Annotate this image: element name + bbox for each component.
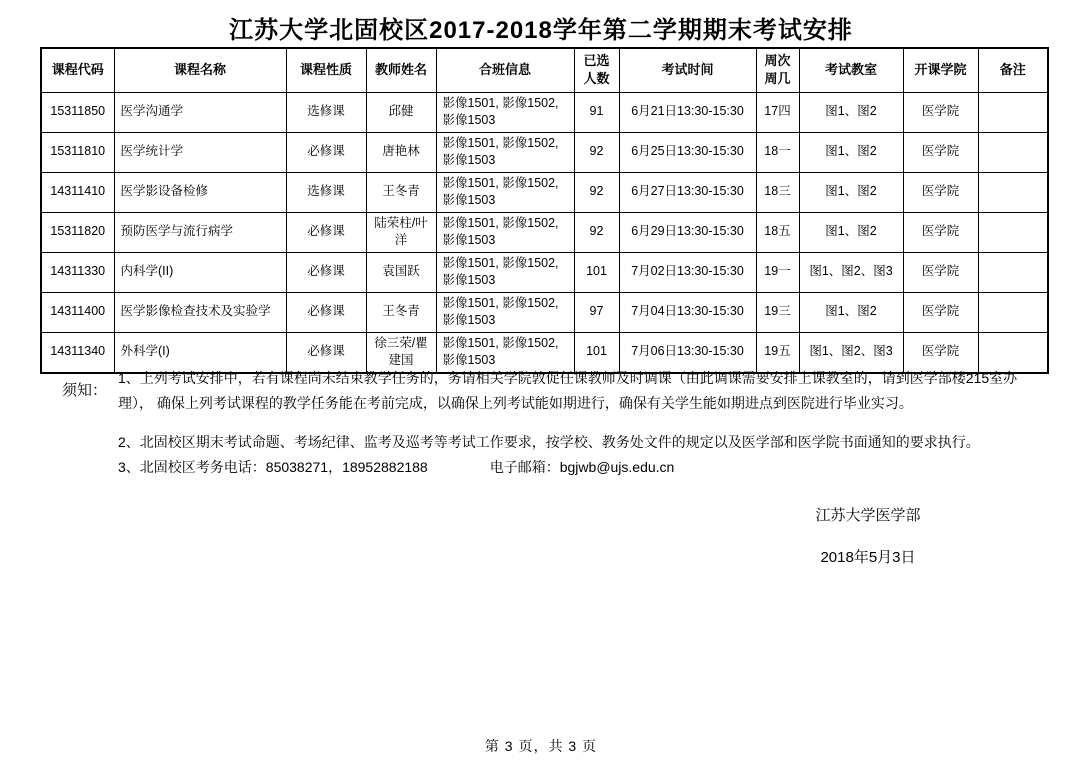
table-row: 15311810医学统计学必修课唐艳林影像1501, 影像1502, 影像150… — [41, 132, 1048, 172]
table-cell — [978, 292, 1048, 332]
table-cell: 影像1501, 影像1502, 影像1503 — [436, 172, 574, 212]
table-row: 14311400医学影像检查技术及实验学必修课王冬青影像1501, 影像1502… — [41, 292, 1048, 332]
table-cell: 选修课 — [286, 172, 366, 212]
table-cell: 图1、图2 — [799, 172, 903, 212]
table-cell: 15311850 — [41, 92, 114, 132]
header-row: 课程代码课程名称课程性质教师姓名合班信息已选人数考试时间周次周几考试教室开课学院… — [41, 48, 1048, 92]
exam-table-body: 15311850医学沟通学选修课邱健影像1501, 影像1502, 影像1503… — [41, 92, 1048, 373]
column-header: 考试教室 — [799, 48, 903, 92]
table-cell: 必修课 — [286, 212, 366, 252]
table-cell: 王冬青 — [366, 172, 436, 212]
note-item-2: 2、北固校区期末考试命题、考场纪律、监考及巡考等考试工作要求，按学校、教务处文件… — [118, 430, 1048, 455]
table-cell: 医学院 — [903, 92, 978, 132]
column-header: 考试时间 — [619, 48, 756, 92]
exam-schedule-page: 江苏大学北固校区2017-2018学年第二学期期末考试安排 课程代码课程名称课程… — [0, 0, 1082, 774]
column-header: 课程名称 — [114, 48, 286, 92]
table-cell: 92 — [574, 212, 619, 252]
table-cell: 14311400 — [41, 292, 114, 332]
table-cell: 97 — [574, 292, 619, 332]
email-info: 电子邮箱：bgjwb@ujs.edu.cn — [490, 459, 675, 475]
table-cell: 6月21日13:30-15:30 — [619, 92, 756, 132]
table-cell: 7月02日13:30-15:30 — [619, 252, 756, 292]
table-cell: 医学院 — [903, 132, 978, 172]
table-cell: 92 — [574, 172, 619, 212]
table-cell: 图1、图2 — [799, 292, 903, 332]
signature-date: 2018年5月3日 — [768, 546, 968, 567]
table-row: 14311410医学影设备检修选修课王冬青影像1501, 影像1502, 影像1… — [41, 172, 1048, 212]
page-title: 江苏大学北固校区2017-2018学年第二学期期末考试安排 — [0, 10, 1082, 45]
signature-org: 江苏大学医学部 — [768, 504, 968, 525]
phone-info: 3、北固校区考务电话：85038271，18952882188 — [118, 459, 428, 475]
table-cell: 15311820 — [41, 212, 114, 252]
table-cell: 6月29日13:30-15:30 — [619, 212, 756, 252]
column-header: 开课学院 — [903, 48, 978, 92]
table-cell: 15311810 — [41, 132, 114, 172]
table-cell: 王冬青 — [366, 292, 436, 332]
table-cell: 19三 — [756, 292, 799, 332]
table-cell: 袁国跃 — [366, 252, 436, 292]
table-cell: 必修课 — [286, 132, 366, 172]
column-header: 课程代码 — [41, 48, 114, 92]
table-cell — [978, 172, 1048, 212]
table-cell: 18一 — [756, 132, 799, 172]
table-cell: 18三 — [756, 172, 799, 212]
table-cell — [978, 252, 1048, 292]
table-cell: 影像1501, 影像1502, 影像1503 — [436, 252, 574, 292]
table-cell — [978, 132, 1048, 172]
table-cell: 影像1501, 影像1502, 影像1503 — [436, 212, 574, 252]
table-cell: 选修课 — [286, 92, 366, 132]
note-item-3: 3、北固校区考务电话：85038271，18952882188电子邮箱：bgjw… — [118, 455, 1048, 480]
table-cell: 必修课 — [286, 252, 366, 292]
table-cell: 19一 — [756, 252, 799, 292]
table-cell: 17四 — [756, 92, 799, 132]
column-header: 周次周几 — [756, 48, 799, 92]
table-cell: 图1、图2 — [799, 92, 903, 132]
table-cell: 92 — [574, 132, 619, 172]
page-number: 第 3 页，共 3 页 — [0, 736, 1082, 756]
table-cell — [978, 212, 1048, 252]
table-cell: 影像1501, 影像1502, 影像1503 — [436, 132, 574, 172]
table-cell: 医学院 — [903, 212, 978, 252]
column-header: 教师姓名 — [366, 48, 436, 92]
table-cell: 14311410 — [41, 172, 114, 212]
email-label: 电子邮箱： — [490, 459, 560, 475]
notes-content: 1、上列考试安排中，若有课程尚未结束教学任务的，务请相关学院敦促任课教师及时调课… — [118, 366, 1048, 480]
table-cell: 陆荣柱/叶洋 — [366, 212, 436, 252]
table-cell: 必修课 — [286, 292, 366, 332]
exam-table: 课程代码课程名称课程性质教师姓名合班信息已选人数考试时间周次周几考试教室开课学院… — [40, 47, 1049, 374]
table-cell: 图1、图2、图3 — [799, 252, 903, 292]
notes-section: 须知： 1、上列考试安排中，若有课程尚未结束教学任务的，务请相关学院敦促任课教师… — [62, 366, 1048, 480]
email-address: bgjwb@ujs.edu.cn — [560, 459, 675, 475]
column-header: 已选人数 — [574, 48, 619, 92]
table-row: 15311850医学沟通学选修课邱健影像1501, 影像1502, 影像1503… — [41, 92, 1048, 132]
table-cell: 影像1501, 影像1502, 影像1503 — [436, 92, 574, 132]
table-cell: 14311330 — [41, 252, 114, 292]
table-row: 14311330内科学(II)必修课袁国跃影像1501, 影像1502, 影像1… — [41, 252, 1048, 292]
table-cell: 医学院 — [903, 252, 978, 292]
table-cell: 图1、图2 — [799, 212, 903, 252]
table-cell: 101 — [574, 252, 619, 292]
table-cell: 6月25日13:30-15:30 — [619, 132, 756, 172]
table-cell: 图1、图2 — [799, 132, 903, 172]
table-cell: 唐艳林 — [366, 132, 436, 172]
table-cell: 医学沟通学 — [114, 92, 286, 132]
column-header: 合班信息 — [436, 48, 574, 92]
column-header: 备注 — [978, 48, 1048, 92]
exam-table-header: 课程代码课程名称课程性质教师姓名合班信息已选人数考试时间周次周几考试教室开课学院… — [41, 48, 1048, 92]
table-cell: 影像1501, 影像1502, 影像1503 — [436, 292, 574, 332]
table-cell: 18五 — [756, 212, 799, 252]
table-cell — [978, 92, 1048, 132]
table-cell: 医学影像检查技术及实验学 — [114, 292, 286, 332]
note-item-1: 1、上列考试安排中，若有课程尚未结束教学任务的，务请相关学院敦促任课教师及时调课… — [118, 366, 1048, 416]
notes-label: 须知： — [62, 366, 118, 480]
table-cell: 医学院 — [903, 172, 978, 212]
signature-block: 江苏大学医学部 2018年5月3日 — [768, 504, 968, 567]
table-cell: 医学统计学 — [114, 132, 286, 172]
table-cell: 6月27日13:30-15:30 — [619, 172, 756, 212]
table-cell: 医学影设备检修 — [114, 172, 286, 212]
table-cell: 邱健 — [366, 92, 436, 132]
table-cell: 7月04日13:30-15:30 — [619, 292, 756, 332]
table-cell: 91 — [574, 92, 619, 132]
table-cell: 内科学(II) — [114, 252, 286, 292]
column-header: 课程性质 — [286, 48, 366, 92]
table-cell: 医学院 — [903, 292, 978, 332]
table-row: 15311820预防医学与流行病学必修课陆荣柱/叶洋影像1501, 影像1502… — [41, 212, 1048, 252]
table-cell: 预防医学与流行病学 — [114, 212, 286, 252]
